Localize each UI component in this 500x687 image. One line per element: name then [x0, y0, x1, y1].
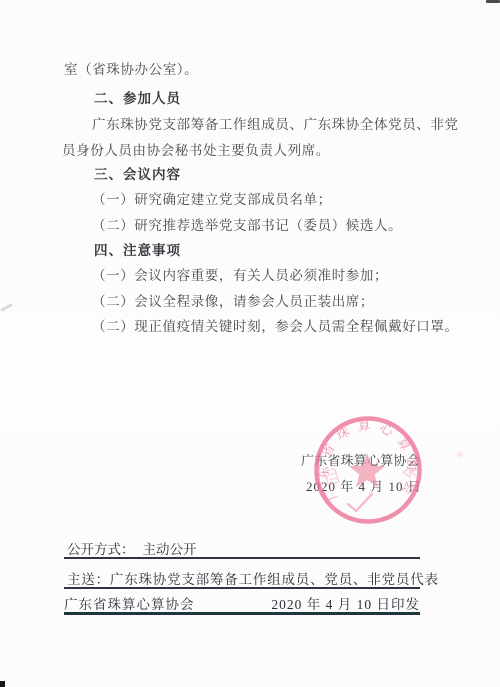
footer-divider-3 — [64, 612, 420, 615]
disclosure-label: 公开方式： — [67, 542, 135, 557]
footer-divider-1 — [64, 557, 420, 559]
seal-bleed-spot — [457, 452, 463, 457]
distribution-row: 主送：广东珠协党支部筹备工作组成员、党员、非党员代表 — [67, 568, 439, 588]
official-seal: 广东省珠算心算协会 — [312, 414, 424, 526]
section2-heading: 二、参加人员 — [94, 91, 181, 106]
seal-star-icon — [349, 453, 385, 487]
disclosure-value: 主动公开 — [143, 542, 197, 557]
body-intro-line: 室（省珠协办公室）。 — [64, 62, 198, 77]
issuer-name: 广东省珠算心算协会 — [64, 593, 195, 613]
print-date: 2020 年 4 月 10 日印发 — [271, 593, 420, 613]
section4-heading: 四、注意事项 — [94, 243, 181, 258]
section3-item1: （一）研究确定建立党支部成员名单； — [92, 192, 332, 207]
section4-item1: （一）会议内容重要，有关人员必须准时参加； — [92, 268, 388, 283]
seal-check-mark — [348, 494, 372, 511]
section2-paragraph-line1: 广东珠协党支部筹备工作组成员、广东珠协全体党员、非党 — [92, 117, 459, 132]
scan-artifact-left-edge — [0, 303, 13, 312]
section4-item3: （二）现正值疫情关键时刻，参会人员需全程佩戴好口罩。 — [92, 319, 459, 334]
issuer-row: 广东省珠算心算协会 2020 年 4 月 10 日印发 — [64, 593, 420, 613]
scan-artifact-top-right — [486, 0, 500, 3]
section3-heading: 三、会议内容 — [94, 167, 181, 182]
section3-item2: （二）研究推荐选举党支部书记（委员）候选人。 — [92, 218, 402, 233]
section4-item2: （二）会议全程录像，请参会人员正装出席； — [92, 294, 374, 309]
footer-divider-2 — [64, 587, 420, 589]
scan-artifact-bottom-left — [0, 681, 5, 687]
section2-paragraph-line2: 员身份人员由协会秘书处主要负责人列席。 — [62, 143, 330, 158]
disclosure-row: 公开方式：主动公开 — [67, 538, 197, 558]
document-page: 室（省珠协办公室）。 二、参加人员 广东珠协党支部筹备工作组成员、广东珠协全体党… — [0, 0, 500, 687]
